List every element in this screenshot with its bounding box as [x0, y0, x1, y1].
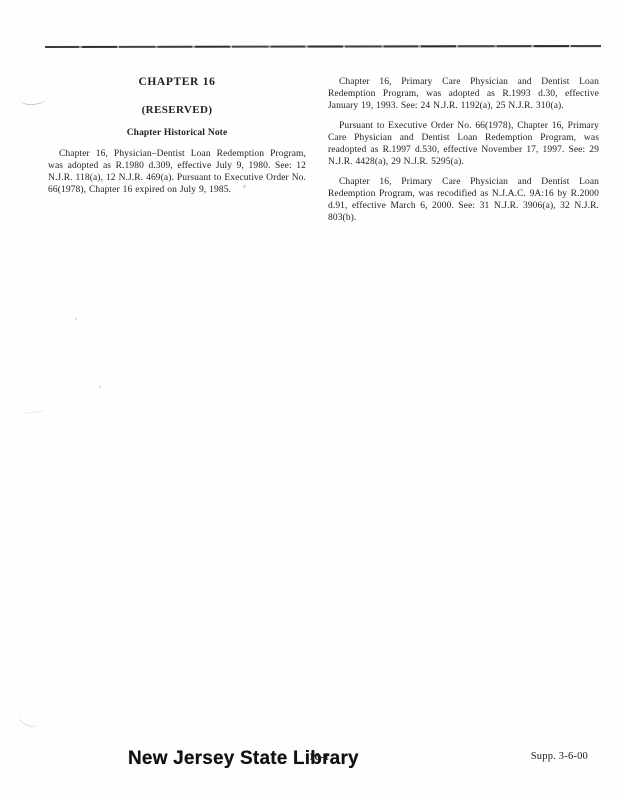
right-column: Chapter 16, Primary Care Physician and D…	[328, 76, 599, 232]
chapter-heading: CHAPTER 16	[48, 76, 306, 88]
page-number: 16-1	[309, 752, 329, 763]
left-column: CHAPTER 16 (RESERVED) Chapter Historical…	[48, 76, 306, 204]
historical-note-heading: Chapter Historical Note	[48, 127, 306, 139]
scan-artifact-curve-top	[20, 92, 47, 106]
scan-artifact-speck-1	[75, 318, 77, 320]
right-paragraph-2: Pursuant to Executive Order No. 66(1978)…	[328, 120, 599, 168]
reserved-heading: (RESERVED)	[48, 104, 306, 116]
document-page: CHAPTER 16 (RESERVED) Chapter Historical…	[0, 0, 618, 800]
supplement-date: Supp. 3-6-00	[531, 751, 588, 762]
scan-artifact-speck-2	[99, 386, 101, 388]
right-paragraph-1: Chapter 16, Primary Care Physician and D…	[328, 76, 599, 112]
right-paragraph-3: Chapter 16, Primary Care Physician and D…	[328, 176, 599, 224]
page-footer: New Jersey State Library 16-1 Supp. 3-6-…	[0, 746, 618, 776]
scan-artifact-squiggle-middle	[24, 405, 45, 414]
scan-artifact-squiggle-bottom	[16, 708, 42, 730]
historical-note-paragraph: Chapter 16, Physician–Dentist Loan Redem…	[48, 148, 306, 196]
top-rule-line	[45, 45, 601, 48]
